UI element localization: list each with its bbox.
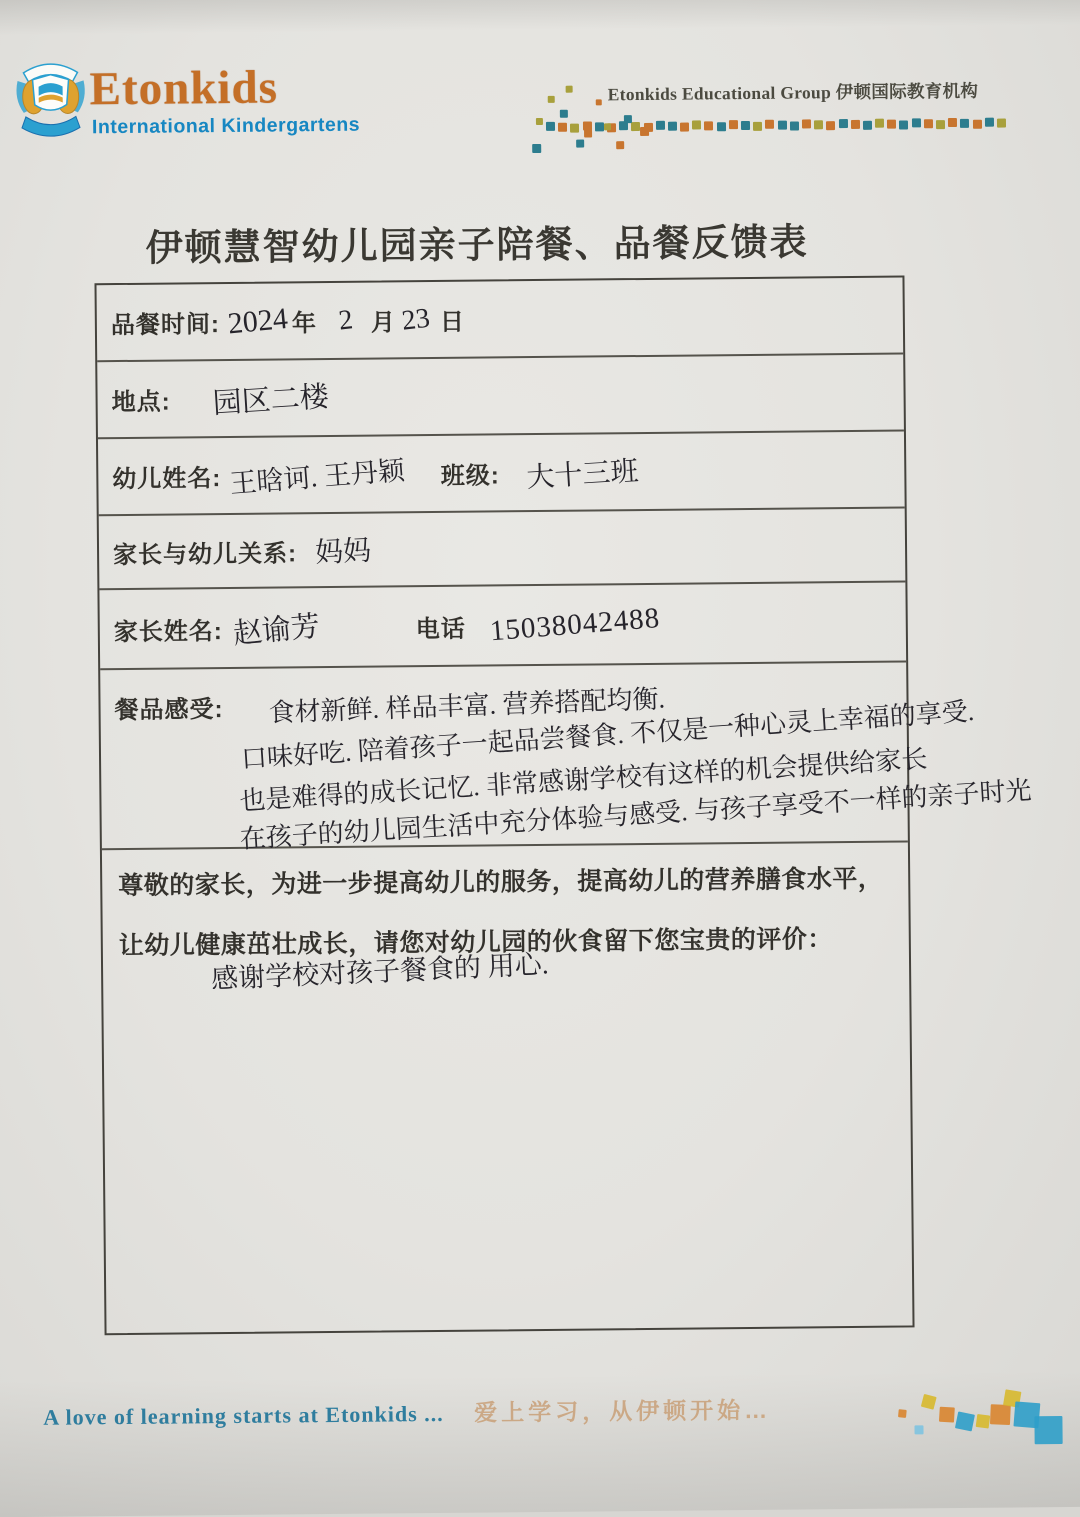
paper-sheet: Etonkids International Kindergartens Eto…: [0, 0, 1080, 1504]
row-evaluation: 尊敬的家长，为进一步提高幼儿的服务，提高幼儿的营养膳食水平，让幼儿健康茁壮成长，…: [102, 842, 913, 1333]
location-value: 园区二楼: [211, 374, 329, 422]
relation-value: 妈妈: [314, 529, 372, 571]
month-suffix: 月: [371, 302, 396, 337]
child-name-value: 王晗诃. 王丹颖: [228, 448, 406, 501]
footer-slogan: A love of learning starts at Etonkids ..…: [43, 1392, 771, 1432]
row-child-name: 幼儿姓名: 王晗诃. 王丹颖 班级: 大十三班: [98, 431, 905, 516]
child-name-label: 幼儿姓名:: [112, 458, 221, 494]
etonkids-crest-logo-icon: [11, 50, 90, 145]
class-value: 大十三班: [525, 449, 639, 496]
row-taste-time: 品餐时间: 2024 年 2 月 23 日: [96, 277, 903, 362]
feedback-form-table: 品餐时间: 2024 年 2 月 23 日 地点: 园区二楼 幼儿姓名: 王晗诃…: [94, 275, 914, 1335]
meal-feedback-label: 餐品感受:: [114, 689, 223, 725]
row-meal-feedback: 餐品感受: 食材新鲜. 样品丰富. 营养搭配均衡. 口味好吃. 陪着孩子一起品尝…: [100, 662, 908, 850]
location-label: 地点:: [111, 382, 170, 418]
parent-name-value: 赵谕芳: [231, 603, 322, 652]
footer-squares-decoration: [884, 1372, 1075, 1479]
phone-label: 电话: [416, 608, 466, 643]
day-suffix: 日: [440, 302, 465, 337]
footer-slogan-chinese: 爱上学习，从伊顿开始…: [474, 1397, 771, 1426]
row-relation: 家长与幼儿关系: 妈妈: [99, 508, 906, 590]
class-label: 班级:: [441, 455, 500, 491]
pixel-cluster-decoration: [532, 81, 643, 152]
parent-name-label: 家长姓名:: [114, 611, 223, 647]
row-location: 地点: 园区二楼: [97, 354, 904, 439]
taste-time-label: 品餐时间:: [111, 304, 220, 340]
group-title: Etonkids Educational Group 伊顿国际教育机构: [608, 78, 979, 107]
footer-slogan-english: A love of learning starts at Etonkids ..…: [43, 1401, 444, 1430]
brand-subtitle: International Kindergartens: [92, 114, 360, 140]
phone-value: 15038042488: [489, 601, 662, 647]
year-suffix: 年: [292, 303, 317, 338]
taste-time-year-value: 2024: [226, 301, 289, 341]
taste-time-month-value: 2: [337, 304, 355, 337]
relation-label: 家长与幼儿关系:: [113, 533, 297, 570]
taste-time-day-value: 23: [400, 302, 431, 337]
document-title: 伊顿慧智幼儿园亲子陪餐、品餐反馈表: [107, 211, 847, 272]
brand-name: Etonkids: [89, 60, 278, 116]
row-parent-name: 家长姓名: 赵谕芳 电话 15038042488: [99, 582, 906, 670]
